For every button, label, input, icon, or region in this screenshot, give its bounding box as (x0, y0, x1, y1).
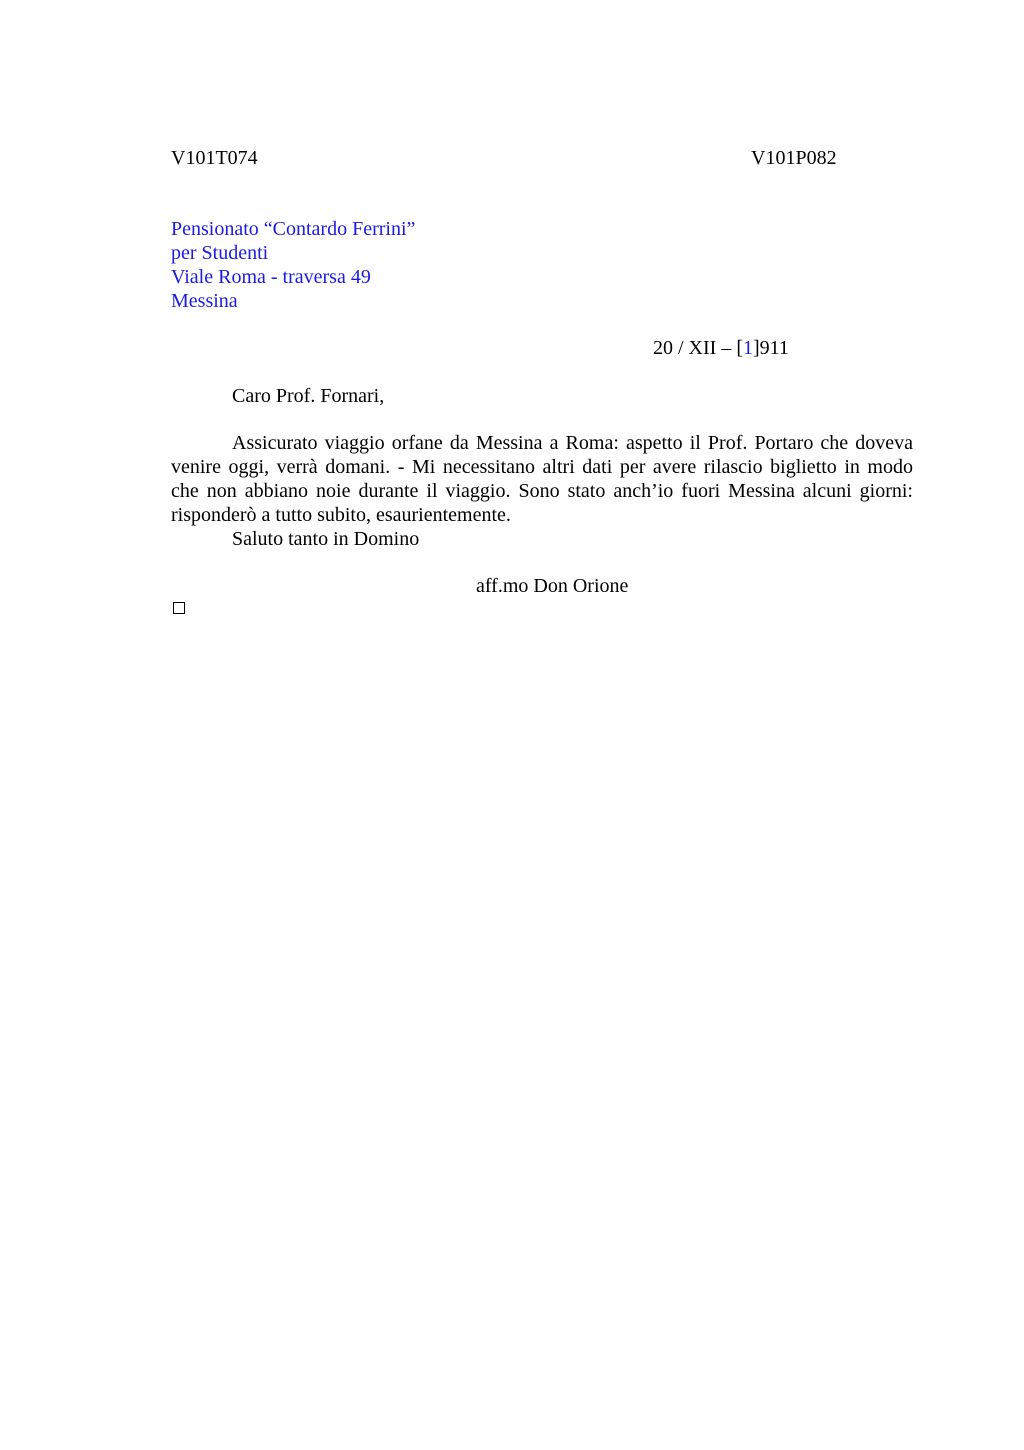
body-line: venire oggi, verrà domani. - Mi necessit… (171, 455, 913, 479)
empty-square-icon (173, 602, 185, 614)
body-line: risponderò a tutto subito, esaurientemen… (171, 503, 913, 527)
date-suffix: ]911 (753, 337, 789, 359)
salutation: Caro Prof. Fornari, (232, 384, 384, 408)
signature: aff.mo Don Orione (476, 574, 628, 598)
body-line: che non abbiano noie durante il viaggio.… (171, 479, 913, 503)
closing: Saluto tanto in Domino (232, 527, 419, 551)
body-line: Assicurato viaggio orfane da Messina a R… (171, 431, 913, 455)
address-line: Messina (171, 289, 238, 313)
letter-date: 20 / XII – [1]911 (653, 336, 789, 360)
document-code-left: V101T074 (171, 146, 258, 170)
address-line: Viale Roma - traversa 49 (171, 265, 371, 289)
letter-body: Assicurato viaggio orfane da Messina a R… (171, 431, 913, 527)
address-line: per Studenti (171, 241, 268, 265)
address-line: Pensionato “Contardo Ferrini” (171, 217, 415, 241)
document-code-right: V101P082 (751, 146, 837, 170)
date-bracket-digit: 1 (743, 337, 753, 359)
date-prefix: 20 / XII – [ (653, 337, 743, 359)
